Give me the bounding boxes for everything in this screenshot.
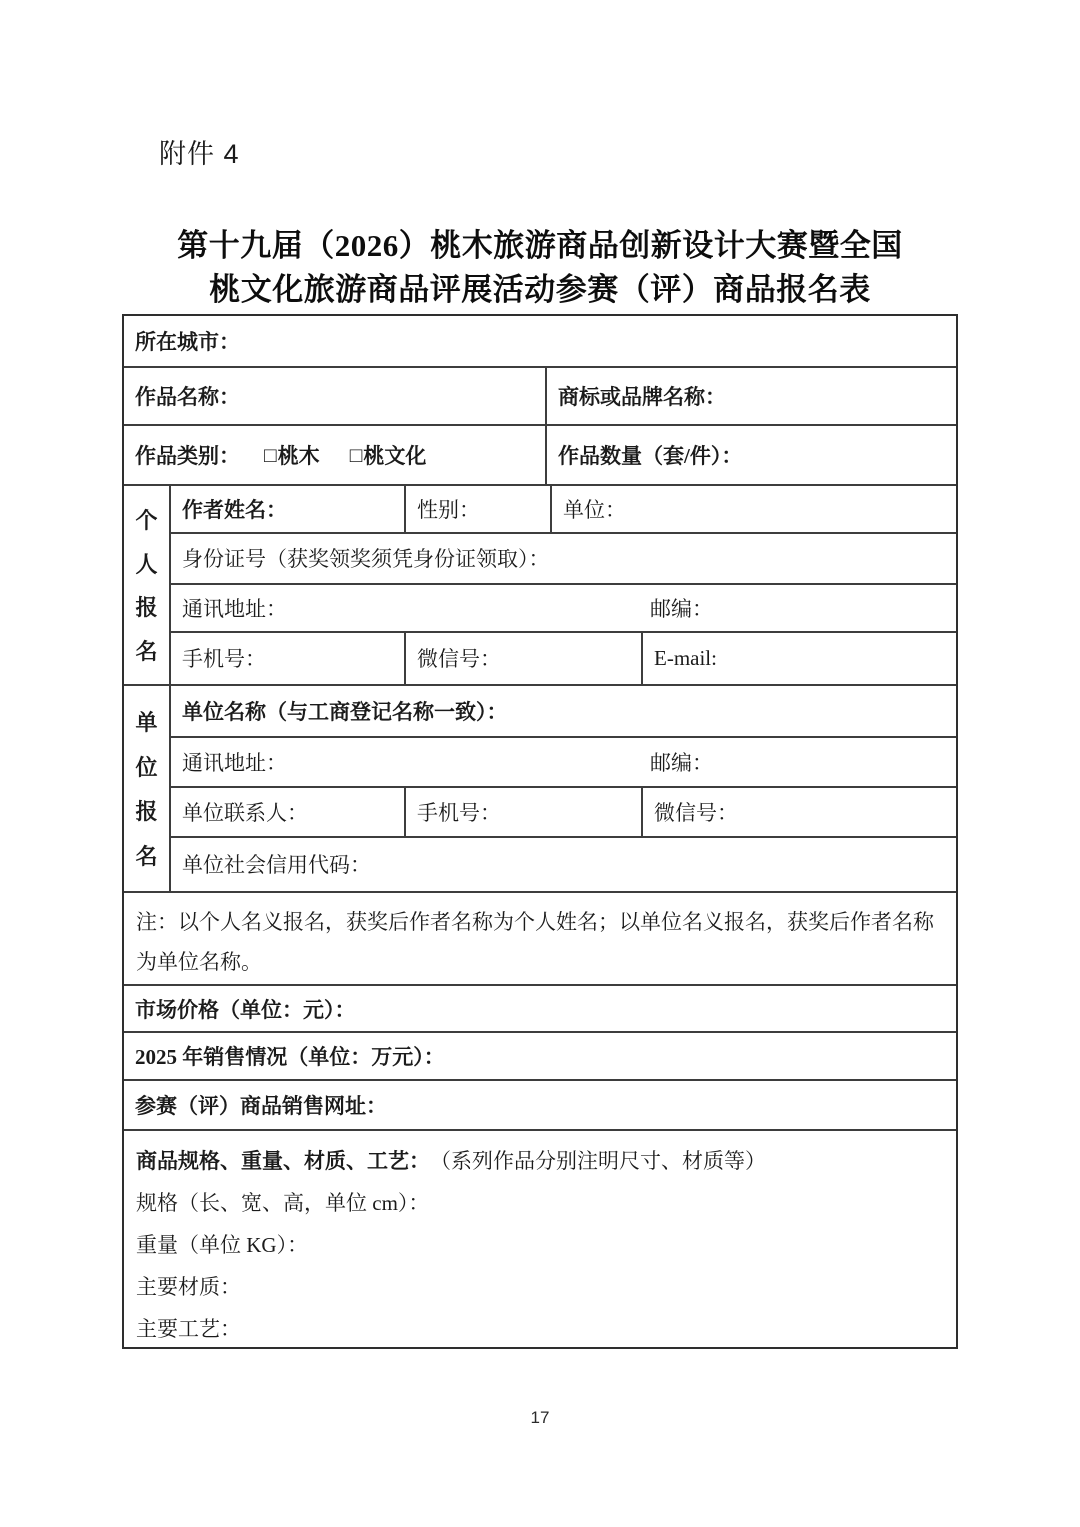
section-organization-char: 名	[135, 840, 157, 871]
org-name-label: 单位名称（与工商登记名称一致）：	[171, 686, 956, 736]
spec-material-label: 主要材质：	[136, 1265, 944, 1307]
section-organization: 单 位 报 名 单位名称（与工商登记名称一致）： 通讯地址： 邮编： 单位联系人…	[124, 686, 956, 893]
section-organization-char: 报	[135, 795, 157, 826]
spec-title-note: （系列作品分别注明尺寸、材质等）	[430, 1145, 766, 1175]
row-personal-contact: 手机号： 微信号： E-mail:	[171, 633, 956, 684]
row-market-price: 市场价格（单位：元）：	[124, 986, 956, 1033]
checkbox-icon: □	[264, 443, 277, 468]
spec-title-label: 商品规格、重量、材质、工艺：	[136, 1145, 430, 1175]
registration-form-table: 所在城市： 作品名称： 商标或品牌名称： 作品类别： □ 桃木 □ 桃文化 作品…	[122, 314, 958, 1349]
note-line2: 为单位名称。	[136, 942, 942, 982]
id-number-label: 身份证号（获奖领奖须凭身份证领取）：	[171, 534, 956, 583]
org-postcode-label: 邮编：	[650, 738, 713, 787]
section-personal-body: 作者姓名： 性别： 单位： 身份证号（获奖领奖须凭身份证领取）： 通讯地址： 邮…	[171, 486, 956, 684]
org-wechat-label: 微信号：	[643, 788, 956, 836]
row-sales: 2025 年销售情况（单位：万元）：	[124, 1033, 956, 1081]
brand-label: 商标或品牌名称：	[547, 368, 956, 424]
category-label: 作品类别：	[135, 440, 240, 470]
row-org-address: 通讯地址： 邮编：	[171, 738, 956, 789]
row-specification: 商品规格、重量、材质、工艺： （系列作品分别注明尺寸、材质等） 规格（长、宽、高…	[124, 1131, 956, 1347]
section-personal-char: 名	[135, 635, 157, 666]
checkbox-icon: □	[350, 443, 363, 468]
page-number: 17	[0, 1408, 1080, 1428]
work-name-label: 作品名称：	[124, 368, 547, 424]
section-organization-label: 单 位 报 名	[124, 686, 171, 891]
personal-postcode-label: 邮编：	[650, 585, 713, 631]
section-personal-char: 报	[135, 591, 157, 622]
org-address-label: 通讯地址：	[171, 738, 956, 787]
section-personal: 个 人 报 名 作者姓名： 性别： 单位： 身份证号（获奖领奖须凭身份证领取）：…	[124, 486, 956, 686]
personal-address-label: 通讯地址：	[171, 585, 956, 631]
row-website: 参赛（评）商品销售网址：	[124, 1081, 956, 1131]
note-line1: 注：以个人名义报名，获奖后作者名称为个人姓名；以单位名义报名，获奖后作者名称	[136, 902, 942, 942]
website-label: 参赛（评）商品销售网址：	[124, 1081, 956, 1129]
form-title: 第十九届（2026）桃木旅游商品创新设计大赛暨全国 桃文化旅游商品评展活动参赛（…	[0, 224, 1080, 312]
row-author: 作者姓名： 性别： 单位：	[171, 486, 956, 534]
form-title-line1: 第十九届（2026）桃木旅游商品创新设计大赛暨全国	[0, 224, 1080, 268]
author-name-label: 作者姓名：	[171, 486, 406, 532]
section-personal-char: 个	[135, 504, 157, 535]
personal-wechat-label: 微信号：	[406, 633, 643, 684]
row-note: 注：以个人名义报名，获奖后作者名称为个人姓名；以单位名义报名，获奖后作者名称 为…	[124, 893, 956, 986]
row-org-name: 单位名称（与工商登记名称一致）：	[171, 686, 956, 738]
row-org-contact: 单位联系人： 手机号： 微信号：	[171, 788, 956, 838]
gender-label: 性别：	[406, 486, 552, 532]
checkbox-option-taowenhua-label: 桃文化	[363, 440, 426, 470]
org-contact-label: 单位联系人：	[171, 788, 406, 836]
checkbox-option-taomu: □ 桃木	[264, 440, 320, 470]
section-organization-char: 单	[135, 706, 157, 737]
unit-label: 单位：	[552, 486, 956, 532]
category-cell: 作品类别： □ 桃木 □ 桃文化	[124, 426, 547, 484]
personal-mobile-label: 手机号：	[171, 633, 406, 684]
row-personal-address: 通讯地址： 邮编：	[171, 585, 956, 633]
document-page: 附件 4 第十九届（2026）桃木旅游商品创新设计大赛暨全国 桃文化旅游商品评展…	[0, 0, 1080, 1527]
row-work-brand: 作品名称： 商标或品牌名称：	[124, 368, 956, 426]
row-category-quantity: 作品类别： □ 桃木 □ 桃文化 作品数量（套/件）：	[124, 426, 956, 486]
credit-code-label: 单位社会信用代码：	[171, 838, 956, 891]
org-mobile-label: 手机号：	[406, 788, 643, 836]
form-title-line2: 桃文化旅游商品评展活动参赛（评）商品报名表	[0, 268, 1080, 312]
section-organization-body: 单位名称（与工商登记名称一致）： 通讯地址： 邮编： 单位联系人： 手机号： 微…	[171, 686, 956, 891]
section-personal-label: 个 人 报 名	[124, 486, 171, 684]
section-personal-char: 人	[135, 548, 157, 579]
attachment-label: 附件 4	[159, 132, 240, 171]
checkbox-option-taowenhua: □ 桃文化	[350, 440, 427, 470]
spec-title-line: 商品规格、重量、材质、工艺： （系列作品分别注明尺寸、材质等）	[136, 1139, 944, 1181]
sales-label: 2025 年销售情况（单位：万元）：	[124, 1033, 956, 1079]
section-organization-char: 位	[135, 751, 157, 782]
quantity-label: 作品数量（套/件）：	[547, 426, 956, 484]
checkbox-option-taomu-label: 桃木	[278, 440, 320, 470]
row-credit-code: 单位社会信用代码：	[171, 838, 956, 891]
spec-weight-label: 重量（单位 KG）：	[136, 1223, 944, 1265]
row-id-number: 身份证号（获奖领奖须凭身份证领取）：	[171, 534, 956, 585]
city-label: 所在城市：	[124, 316, 956, 366]
personal-email-label: E-mail:	[643, 633, 956, 684]
spec-size-label: 规格（长、宽、高，单位 cm）：	[136, 1181, 944, 1223]
market-price-label: 市场价格（单位：元）：	[124, 986, 956, 1031]
spec-craft-label: 主要工艺：	[136, 1307, 944, 1349]
row-city: 所在城市：	[124, 316, 956, 368]
